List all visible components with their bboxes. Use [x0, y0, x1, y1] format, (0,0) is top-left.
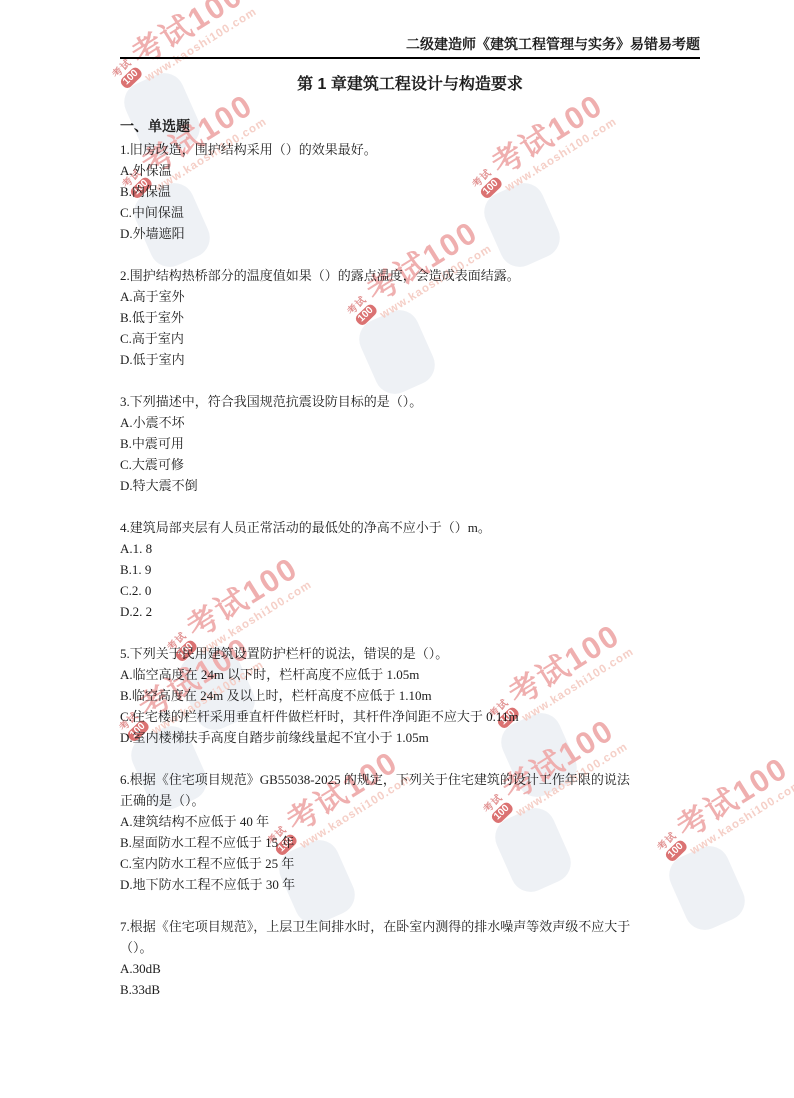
option-line: C.中间保温	[120, 202, 700, 223]
option-line: A.高于室外	[120, 286, 700, 307]
question-block: 4.建筑局部夹层有人员正常活动的最低处的净高不应小于（）m。 A.1. 8B.1…	[120, 517, 700, 622]
option-line: A.临空高度在 24m 以下时，栏杆高度不应低于 1.05m	[120, 664, 700, 685]
option-line: C.高于室内	[120, 328, 700, 349]
document-page: 考试 100 考试100 www.kaoshi100.com 考试 100 考试…	[0, 0, 794, 1098]
option-line: B.低于室外	[120, 307, 700, 328]
option-line: A.外保温	[120, 160, 700, 181]
question-options: A.建筑结构不应低于 40 年B.屋面防水工程不应低于 15 年C.室内防水工程…	[120, 811, 700, 895]
option-line: C.住宅楼的栏杆采用垂直杆件做栏杆时，其杆件净间距不应大于 0.11m	[120, 706, 700, 727]
option-line: B.内保温	[120, 181, 700, 202]
question-block: 7.根据《住宅项目规范》，上层卫生间排水时，在卧室内测得的排水噪声等效声级不应大…	[120, 916, 700, 1000]
option-line: B.中震可用	[120, 433, 700, 454]
option-line: B.临空高度在 24m 及以上时，栏杆高度不应低于 1.10m	[120, 685, 700, 706]
question-options: A.外保温B.内保温C.中间保温D.外墙遮阳	[120, 160, 700, 244]
option-line: D.外墙遮阳	[120, 223, 700, 244]
question-stem: 5.下列关于民用建筑设置防护栏杆的说法，错误的是（）。	[120, 643, 700, 664]
section-heading: 一、单选题	[120, 116, 700, 137]
option-line: D.地下防水工程不应低于 30 年	[120, 874, 700, 895]
question-stem: 4.建筑局部夹层有人员正常活动的最低处的净高不应小于（）m。	[120, 517, 700, 538]
question-block: 3.下列描述中，符合我国规范抗震设防目标的是（）。 A.小震不坏B.中震可用C.…	[120, 391, 700, 496]
option-line: A.小震不坏	[120, 412, 700, 433]
option-line: D.室内楼梯扶手高度自踏步前缘线量起不宜小于 1.05m	[120, 727, 700, 748]
question-stem: 3.下列描述中，符合我国规范抗震设防目标的是（）。	[120, 391, 700, 412]
option-line: B.屋面防水工程不应低于 15 年	[120, 832, 700, 853]
document-content: 二级建造师《建筑工程管理与实务》易错易考题 第 1 章建筑工程设计与构造要求 一…	[0, 0, 794, 1000]
option-line: A.30dB	[120, 958, 700, 979]
option-line: C.大震可修	[120, 454, 700, 475]
question-stem: 2.围护结构热桥部分的温度值如果（）的露点温度，会造成表面结露。	[120, 265, 700, 286]
question-block: 1.旧房改造，围护结构采用（）的效果最好。 A.外保温B.内保温C.中间保温D.…	[120, 139, 700, 244]
option-line: C.2. 0	[120, 580, 700, 601]
option-line: D.低于室内	[120, 349, 700, 370]
option-line: D.特大震不倒	[120, 475, 700, 496]
question-stem: 7.根据《住宅项目规范》，上层卫生间排水时，在卧室内测得的排水噪声等效声级不应大…	[120, 916, 700, 958]
question-options: A.1. 8B.1. 9C.2. 0D.2. 2	[120, 538, 700, 622]
question-options: A.高于室外B.低于室外C.高于室内D.低于室内	[120, 286, 700, 370]
question-block: 5.下列关于民用建筑设置防护栏杆的说法，错误的是（）。 A.临空高度在 24m …	[120, 643, 700, 748]
option-line: A.建筑结构不应低于 40 年	[120, 811, 700, 832]
option-line: B.1. 9	[120, 559, 700, 580]
question-block: 6.根据《住宅项目规范》GB55038-2025 的规定，下列关于住宅建筑的设计…	[120, 769, 700, 895]
question-options: A.小震不坏B.中震可用C.大震可修D.特大震不倒	[120, 412, 700, 496]
option-line: D.2. 2	[120, 601, 700, 622]
option-line: A.1. 8	[120, 538, 700, 559]
question-options: A.临空高度在 24m 以下时，栏杆高度不应低于 1.05mB.临空高度在 24…	[120, 664, 700, 748]
page-header-title: 二级建造师《建筑工程管理与实务》易错易考题	[120, 34, 700, 59]
question-stem: 1.旧房改造，围护结构采用（）的效果最好。	[120, 139, 700, 160]
option-line: C.室内防水工程不应低于 25 年	[120, 853, 700, 874]
question-stem: 6.根据《住宅项目规范》GB55038-2025 的规定，下列关于住宅建筑的设计…	[120, 769, 700, 811]
chapter-title: 第 1 章建筑工程设计与构造要求	[120, 74, 700, 96]
question-options: A.30dBB.33dB	[120, 958, 700, 1000]
question-list: 1.旧房改造，围护结构采用（）的效果最好。 A.外保温B.内保温C.中间保温D.…	[120, 139, 700, 1000]
option-line: B.33dB	[120, 979, 700, 1000]
question-block: 2.围护结构热桥部分的温度值如果（）的露点温度，会造成表面结露。 A.高于室外B…	[120, 265, 700, 370]
